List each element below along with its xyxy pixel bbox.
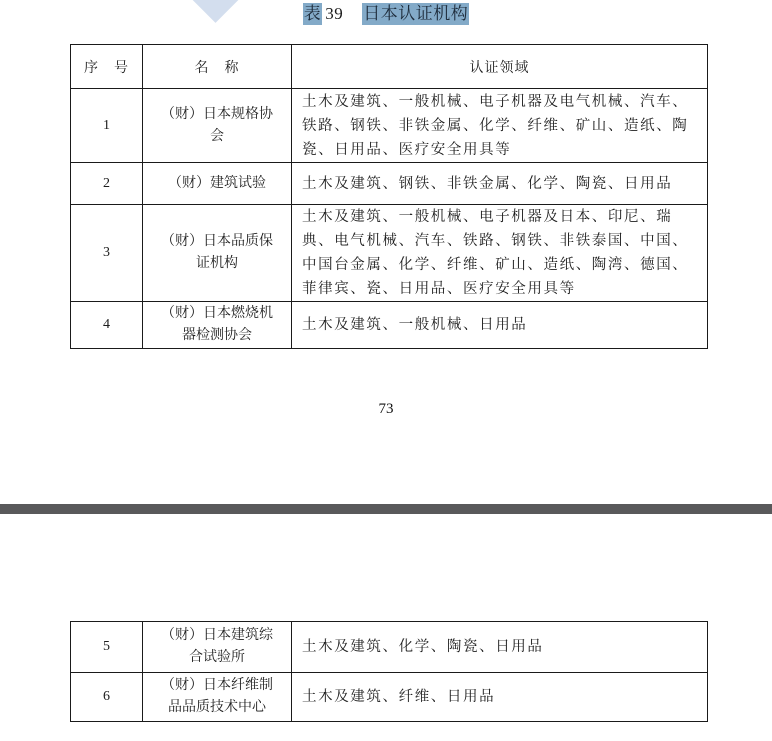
row-name: （财）日本建筑综合试验所 bbox=[143, 622, 292, 673]
page-break-separator bbox=[0, 504, 772, 514]
certification-table-page2: 5 （财）日本建筑综合试验所 土木及建筑、化学、陶瓷、日用品 6 （财）日本纤维… bbox=[70, 621, 708, 722]
caption-highlighted-word: 表 bbox=[303, 3, 323, 25]
row-field: 土木及建筑、化学、陶瓷、日用品 bbox=[292, 622, 708, 673]
header-name: 名 称 bbox=[143, 45, 292, 89]
row-field: 土木及建筑、一般机械、电子机器及电气机械、汽车、铁路、钢铁、非铁金属、化学、纤维… bbox=[292, 89, 708, 163]
page-2: 5 （财）日本建筑综合试验所 土木及建筑、化学、陶瓷、日用品 6 （财）日本纤维… bbox=[0, 514, 772, 741]
row-index: 3 bbox=[71, 205, 143, 302]
document-view: 表39日本认证机构 序 号 名 称 认证领域 1 （财）日本规格协会 土木及建筑… bbox=[0, 0, 772, 741]
table-caption: 表39日本认证机构 bbox=[0, 3, 772, 25]
row-name: （财）日本品质保证机构 bbox=[143, 205, 292, 302]
row-name: （财）建筑试验 bbox=[143, 163, 292, 205]
page-number: 73 bbox=[0, 401, 772, 418]
table-row: 2 （财）建筑试验 土木及建筑、钢铁、非铁金属、化学、陶瓷、日用品 bbox=[71, 163, 708, 205]
row-index: 2 bbox=[71, 163, 143, 205]
row-field: 土木及建筑、钢铁、非铁金属、化学、陶瓷、日用品 bbox=[292, 163, 708, 205]
caption-highlighted-title: 日本认证机构 bbox=[362, 3, 469, 25]
row-field: 土木及建筑、一般机械、电子机器及日本、印尼、瑞典、电气机械、汽车、铁路、钢铁、非… bbox=[292, 205, 708, 302]
row-name: （财）日本规格协会 bbox=[143, 89, 292, 163]
table-row: 4 （财）日本燃烧机器检测协会 土木及建筑、一般机械、日用品 bbox=[71, 302, 708, 349]
header-field: 认证领域 bbox=[292, 45, 708, 89]
header-index: 序 号 bbox=[71, 45, 143, 89]
row-index: 6 bbox=[71, 673, 143, 722]
row-name: （财）日本燃烧机器检测协会 bbox=[143, 302, 292, 349]
caption-table-number: 39 bbox=[325, 4, 343, 23]
row-index: 1 bbox=[71, 89, 143, 163]
row-name: （财）日本纤维制品品质技术中心 bbox=[143, 673, 292, 722]
certification-table-page1: 序 号 名 称 认证领域 1 （财）日本规格协会 土木及建筑、一般机械、电子机器… bbox=[70, 44, 708, 349]
row-field: 土木及建筑、一般机械、日用品 bbox=[292, 302, 708, 349]
table-header-row: 序 号 名 称 认证领域 bbox=[71, 45, 708, 89]
row-index: 4 bbox=[71, 302, 143, 349]
table-row: 3 （财）日本品质保证机构 土木及建筑、一般机械、电子机器及日本、印尼、瑞典、电… bbox=[71, 205, 708, 302]
row-field: 土木及建筑、纤维、日用品 bbox=[292, 673, 708, 722]
table-row: 1 （财）日本规格协会 土木及建筑、一般机械、电子机器及电气机械、汽车、铁路、钢… bbox=[71, 89, 708, 163]
page-1: 表39日本认证机构 序 号 名 称 认证领域 1 （财）日本规格协会 土木及建筑… bbox=[0, 0, 772, 504]
table-row: 6 （财）日本纤维制品品质技术中心 土木及建筑、纤维、日用品 bbox=[71, 673, 708, 722]
row-index: 5 bbox=[71, 622, 143, 673]
table-row: 5 （财）日本建筑综合试验所 土木及建筑、化学、陶瓷、日用品 bbox=[71, 622, 708, 673]
